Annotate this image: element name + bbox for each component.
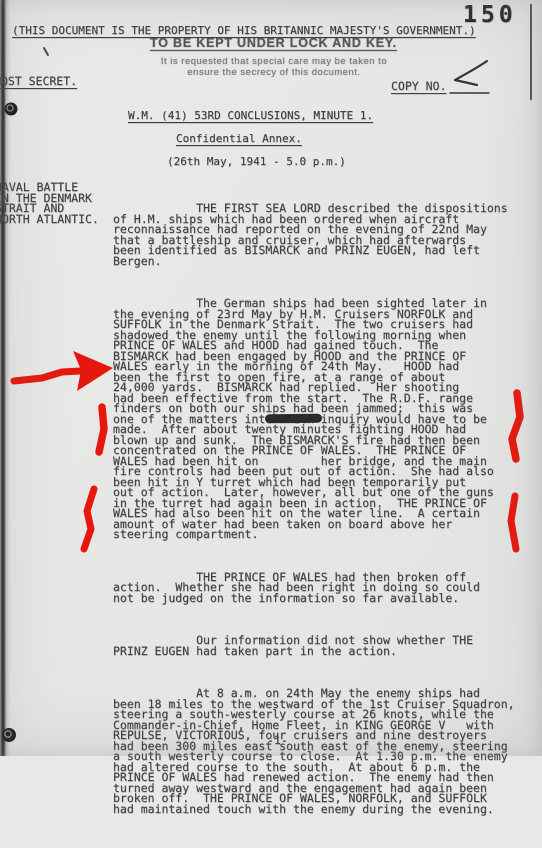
copy-number-label: COPY NO.: [391, 79, 446, 93]
secrecy-request-stamp-line1: It is requested that special care may be…: [124, 56, 424, 67]
document-title: W.M. (41) 53RD CONCLUSIONS, MINUTE 1.: [128, 109, 373, 122]
paragraph-first-sea-lord: THE FIRST SEA LORD described the disposi…: [113, 203, 535, 266]
body-text-column: THE FIRST SEA LORD described the disposi…: [113, 182, 535, 756]
left-margin-mark-2: [84, 489, 94, 549]
red-arrow-annotation: [14, 351, 113, 391]
red-arrowhead: [73, 351, 113, 391]
stray-pen-tick: [44, 48, 48, 55]
left-margin-mark-1: [99, 407, 104, 452]
document-subtitle: Confidential Annex.: [176, 132, 302, 145]
paragraph-prinz-eugen: Our information did not show whether THE…: [113, 635, 535, 656]
classification-label: MOST SECRET.: [0, 74, 77, 88]
document-page: 150 (THIS DOCUMENT IS THE PROPERTY OF HI…: [0, 0, 542, 756]
page-fold-line: [530, 4, 532, 100]
paragraph-broken-off: THE PRINCE OF WALES had then broken off …: [113, 572, 535, 604]
lock-and-key-stamp: TO BE KEPT UNDER LOCK AND KEY.: [150, 36, 396, 50]
page-number-footer: -1-: [267, 733, 288, 747]
handwritten-copy-number: [450, 61, 489, 93]
paragraph-pursuit: At 8 a.m. on 24th May the enemy ships ha…: [113, 688, 535, 756]
margin-subject-note: NAVAL BATTLE IN THE DENMARK STRAIT AND N…: [0, 182, 99, 224]
paragraph-denmark-strait-action: The German ships had been sighted later …: [113, 298, 535, 540]
secrecy-request-stamp-line2: ensure the secrecy of this document.: [124, 67, 424, 78]
document-dateline: (26th May, 1941 - 5.0 p.m.): [167, 155, 346, 168]
scan-left-edge: [0, 0, 11, 756]
